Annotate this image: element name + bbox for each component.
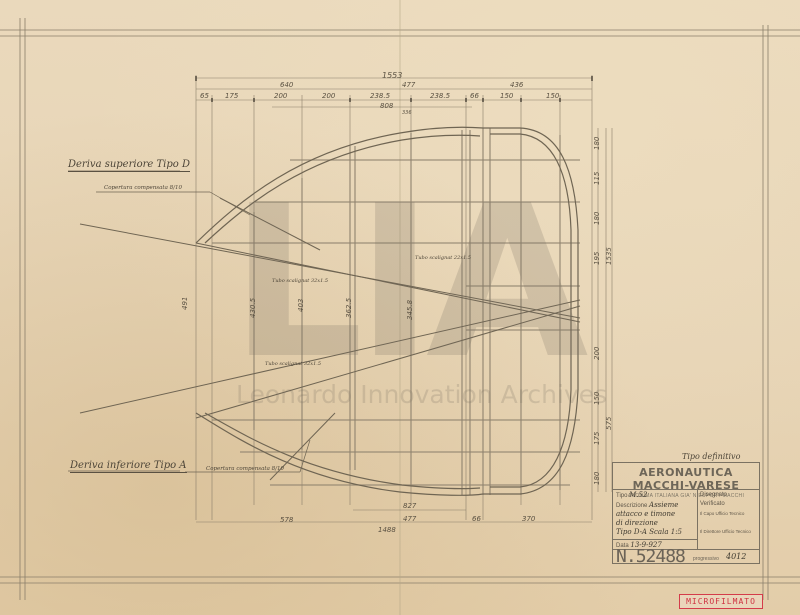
descrizione-value: Assieme (649, 501, 678, 509)
disegnato-label: Disegnato (700, 492, 727, 498)
title-block-number: N.52488 progressivo 4012 (613, 549, 759, 564)
dim-seg-1: 175 (225, 93, 238, 100)
title-block-description: Tipo M.52 Descrizione Assieme attacco e … (613, 489, 698, 539)
dim-small-336: 336 (402, 111, 412, 116)
number-prefix: N. (616, 546, 636, 567)
descrizione-value-3: di direzione (616, 519, 658, 527)
dim-seg-3: 200 (322, 93, 335, 100)
capo-label: Il Capo Ufficio Tecnico (700, 511, 744, 516)
tipo-label: Tipo (616, 493, 627, 499)
direttore-label: Il Direttore Ufficio Tecnico (700, 529, 751, 534)
dim-362: 362.5 (346, 298, 353, 318)
dim-370: 370 (522, 516, 535, 523)
dim-66: 66 (472, 516, 481, 523)
descrizione-value-2: attacco e timone (616, 510, 675, 518)
progressivo-value: 4012 (726, 552, 746, 561)
dim-overall-top: 1553 (382, 72, 402, 80)
upper-fin-label: Deriva superiore Tipo D (68, 160, 190, 172)
status-label: Tipo definitivo (682, 453, 740, 461)
tube-lower-label: Tubo scalignat 32x1.5 (265, 362, 321, 367)
dim-seg-0: 65 (200, 93, 209, 100)
descrizione-value-4: Tipo D-A Scala 1:5 (616, 528, 682, 536)
dim-seg-2: 200 (274, 93, 287, 100)
tipo-value: M.52 (629, 491, 647, 499)
dim-right-575: 575 (606, 417, 613, 430)
dim-overall-bottom: 1488 (378, 527, 396, 534)
dim-right-1535: 1535 (606, 247, 613, 265)
dim-640: 640 (280, 82, 293, 89)
dim-right-m7: 180 (594, 472, 601, 485)
upper-covering-label: Copertura compensata 8/10 (104, 186, 182, 192)
dim-477-bottom: 477 (403, 516, 416, 523)
descrizione-label: Descrizione (616, 503, 647, 509)
dim-right-m3: 195 (594, 252, 601, 265)
dim-right-m4: 200 (594, 347, 601, 360)
microfilmato-stamp: MICROFILMATO (679, 594, 763, 609)
drawing-number: 52488 (636, 546, 685, 567)
tube-mid-label: Tubo scalignat 22x1.5 (415, 256, 471, 261)
dim-345: 345.8 (407, 300, 414, 320)
watermark-text: Leonardo Innovation Archives (236, 380, 607, 409)
dim-491: 491 (182, 297, 189, 310)
dim-right-m6: 175 (594, 432, 601, 445)
title-block-signatures: Disegnato Verificato Il Capo Ufficio Tec… (697, 489, 759, 539)
dim-430: 430.5 (250, 298, 257, 318)
dim-578: 578 (280, 517, 293, 524)
dim-seg-8: 150 (546, 93, 559, 100)
dim-seg-4: 238.5 (370, 93, 390, 100)
dim-seg-5: 238.5 (430, 93, 450, 100)
lower-fin-label: Deriva inferiore Tipo A (70, 461, 187, 473)
title-block: AERONAUTICA MACCHI-VARESE ANONIMA ITALIA… (612, 462, 760, 564)
dim-827: 827 (403, 503, 416, 510)
dim-right-m1: 115 (594, 172, 601, 185)
dim-808: 808 (380, 103, 393, 110)
dim-436: 436 (510, 82, 523, 89)
dim-seg-7: 150 (500, 93, 513, 100)
lower-covering-label: Copertura compensata 8/10 (206, 467, 284, 473)
dim-seg-6: 66 (470, 93, 479, 100)
dim-477-top: 477 (402, 82, 415, 89)
progressivo-label: progressivo (693, 556, 719, 562)
verificato-label: Verificato (700, 501, 725, 507)
tube-upper-label: Tubo scalignat 32x1.5 (272, 279, 328, 284)
title-block-header: AERONAUTICA MACCHI-VARESE ANONIMA ITALIA… (613, 463, 759, 490)
dim-403: 403 (298, 299, 305, 312)
dim-right-m5: 150 (594, 392, 601, 405)
dim-right-m0: 180 (594, 137, 601, 150)
dim-right-m2: 180 (594, 212, 601, 225)
